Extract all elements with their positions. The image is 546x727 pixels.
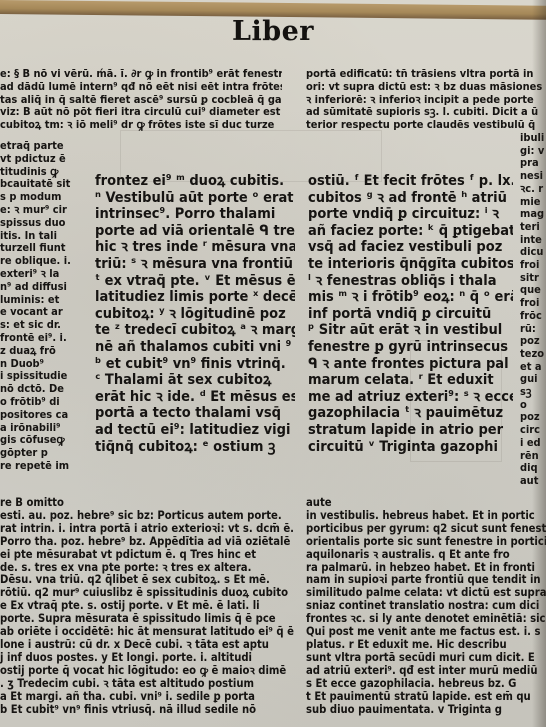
text-line: ᑫ ꝛ ante frontes pictura pal — [308, 356, 513, 373]
gloss-line: ad dādū lumē intern⁹ qđ nō eēt nisi eēt … — [0, 81, 282, 94]
text-line: intrinsec⁹. Porro thalami — [95, 206, 295, 223]
text-line: latitudiez limis porte ˣ decē — [95, 289, 295, 306]
text-line: ˡ ꝛ fenestras obliq̄s i thala — [308, 273, 513, 290]
gloss-top-right: portā edificatū: tn̄ trāsiens vltra port… — [306, 68, 546, 132]
text-line: mis ᵐ ꝛ i frōtib⁹ eoꝝ: ⁿ q̄ ᵒ erāt — [308, 289, 513, 306]
text-line: te interioris q̄nq̄gīta cubitos — [308, 256, 513, 273]
text-line: porte ad viā orientalē ᑫ tres — [95, 223, 295, 240]
text-line: ⁿ Vestibulū aūt porte ᵒ erat — [95, 190, 295, 207]
gloss-line: re B omitto — [0, 497, 300, 510]
gloss-line: rat intrin. i. intra portā i atrio exter… — [0, 523, 300, 536]
text-line: cubitos ᵍ ꝛ ad frontē ʰ atriū — [308, 190, 513, 207]
text-line: me ad atriuz exteri⁹: ˢ ꝛ ecce — [308, 389, 513, 406]
text-line: portā a tecto thalami vsq̄ — [95, 405, 295, 422]
text-line: erāt hic ꝛ ide. ᵈ Et mēsus est — [95, 389, 295, 406]
gloss-line: o frōtib⁹ di — [0, 396, 76, 409]
gloss-bottom-left: re B omitto esti. au. poz. hebre⁹ sic bz… — [0, 497, 300, 716]
text-line: marum celata. ʳ Et eduxit — [308, 372, 513, 389]
gloss-line: positores ca — [0, 409, 76, 422]
gloss-line: frontē ei⁹. i. — [0, 332, 76, 345]
gloss-line: Porro tha. poz. hebre⁹ bz. Appēdītia ad … — [0, 536, 300, 549]
gloss-line: b Et cubit⁹ vn⁹ finis vtriusq̄. nā illud… — [0, 704, 300, 717]
page-edge-shadow — [532, 0, 546, 727]
text-line: añ faciez porte: ᵏ q̄ ꝑtigebat — [308, 223, 513, 240]
text-line: tiq̄nq̄ cubitoꝝ: ᵉ ostium ꝫ — [95, 439, 295, 456]
text-line: cubitoꝝ: ʸ ꝛ lōgitudinē poz — [95, 306, 295, 323]
gloss-line: exteri⁹ ꝛ la — [0, 268, 76, 281]
gloss-line: e: § B nō vi vērū. ḿā. ī. ∂r ꝙ in fronti… — [0, 68, 282, 81]
text-line: gazophilacia ᵗ ꝛ pauimētuz — [308, 405, 513, 422]
text-line: vsq̄ ad faciez vestibuli poz — [308, 239, 513, 256]
gloss-line: portā edificatū: tn̄ trāsiens vltra port… — [306, 68, 546, 81]
text-line: te ᶻ tredecī cubitoꝝ ᵃ ꝛ margi — [95, 322, 295, 339]
text-line: fenestre ꝑ gyrū intrinsecus — [308, 339, 513, 356]
gloss-line: s Et ecce gazophilacia. hebreus bz. G — [306, 678, 546, 691]
text-line: triū: ˢ ꝛ mēsura vna frontiū — [95, 256, 295, 273]
text-line: nē añ thalamos cubiti vni ⁹ — [95, 339, 295, 356]
text-line: ᵖ Sitr aūt erāt ꝛ in vestibul — [308, 322, 513, 339]
gloss-line: spissus duo — [0, 217, 76, 230]
gloss-line: a Et margi. añ tha. cubi. vni⁹ i. sedile… — [0, 691, 300, 704]
text-line: ᶜ Thalami āt sex cubitoꝝ — [95, 372, 295, 389]
running-head: Liber — [0, 16, 546, 47]
text-line: hic ꝛ tres inde ʳ mēsura vna — [95, 239, 295, 256]
gloss-line: terior respectu porte claudēs vestibulū … — [306, 119, 546, 132]
book-page: Liber e: § B nō vi vērū. ḿā. ī. ∂r ꝙ in … — [0, 0, 546, 727]
text-line: circuitū ᵛ Triginta gazophi — [308, 439, 513, 456]
gloss-line: in vestibulis. hebreus habet. Et in port… — [306, 510, 546, 523]
gloss-bottom-right: aute in vestibulis. hebreus habet. Et in… — [306, 497, 546, 716]
gloss-top-left: e: § B nō vi vērū. ḿā. ī. ∂r ꝙ in fronti… — [0, 68, 282, 132]
text-line: inf portā vndiq̄ ꝑ circuitū — [308, 306, 513, 323]
main-text-left-column: frontez ei⁹ ᵐ duoꝝ cubitis. ⁿ Vestibulū … — [95, 173, 295, 455]
gloss-line: n⁹ ad diffusi — [0, 281, 76, 294]
main-text-right-column: ostiū. ᶠ Et fecit frōtes ᶠ p. lx. cubito… — [308, 173, 513, 455]
gloss-line: sunt vltra portā secūdi muri cum dicit. … — [306, 652, 546, 665]
text-line: ostiū. ᶠ Et fecit frōtes ᶠ p. lx. — [308, 173, 513, 190]
text-line: ᵇ et cubit⁹ vn⁹ finis vtrinq̄. — [95, 356, 295, 373]
gloss-line: etraq̄ parte — [0, 140, 76, 153]
gloss-line: ori: vt supra dictū est: ꝛ bz duas māsio… — [306, 81, 546, 94]
gloss-line: j inf duos postes. y Et longi. porte. i.… — [0, 652, 300, 665]
gloss-line: esti. au. poz. hebre⁹ sic bz: Porticus a… — [0, 510, 300, 523]
text-line: porte vndiq̄ ꝑ circuituz: ⁱ ꝛ — [308, 206, 513, 223]
gloss-line: t Et pauimentū stratū lapide. est em̄ qu — [306, 691, 546, 704]
gloss-line: aute — [306, 497, 546, 510]
gloss-line: ad atriū exteri⁹. qđ est inter murū medi… — [306, 665, 546, 678]
gloss-line: ei pte mēsurabat vt pdictum ē. q Tres hi… — [0, 549, 300, 562]
text-line: ad tectū ei⁹: latitudiez vigi — [95, 422, 295, 439]
gloss-line: lone i austrū: cū dr. x Decē cubi. ꝛ tāt… — [0, 639, 300, 652]
gloss-line: aquilonaris ꝛ australis. q Et ante fro — [306, 549, 546, 562]
gloss-line: ostij porte q̄ vocat hic lōgitudo: eo ꝙ … — [0, 665, 300, 678]
gloss-line: orientalis porte sic sunt fenestre in po… — [306, 536, 546, 549]
gloss-line: sub diuo pauimentata. v Triginta g — [306, 704, 546, 717]
gloss-line: z duaꝝ frō — [0, 345, 76, 358]
gloss-line: porticibus per gyrum: q2 sicut sunt fene… — [306, 523, 546, 536]
text-line: stratum lapide in atrio per — [308, 422, 513, 439]
gloss-line: gōpter p — [0, 447, 76, 460]
gloss-line: cubitoꝝ tm: ꝛ iō meli⁹ dr ꝙ frōtes iste … — [0, 119, 282, 132]
gloss-left-margin: etraq̄ parte vt pdictuz ē titudinis ꝙ bc… — [0, 140, 76, 473]
gloss-line: platus. r Et eduxit me. Hic describu — [306, 639, 546, 652]
gloss-line: e: ꝛ mur⁹ cir — [0, 204, 76, 217]
text-line: frontez ei⁹ ᵐ duoꝝ cubitis. — [95, 173, 295, 190]
gloss-line: . ʒ Tredecim cubi. ꝛ tāta est altitudo p… — [0, 678, 300, 691]
text-line: ᵗ ex vtraq̄ pte. ᵛ Et mēsus ē — [95, 273, 295, 290]
gloss-line: vt pdictuz ē — [0, 153, 76, 166]
gloss-line: re repetē im — [0, 460, 76, 473]
